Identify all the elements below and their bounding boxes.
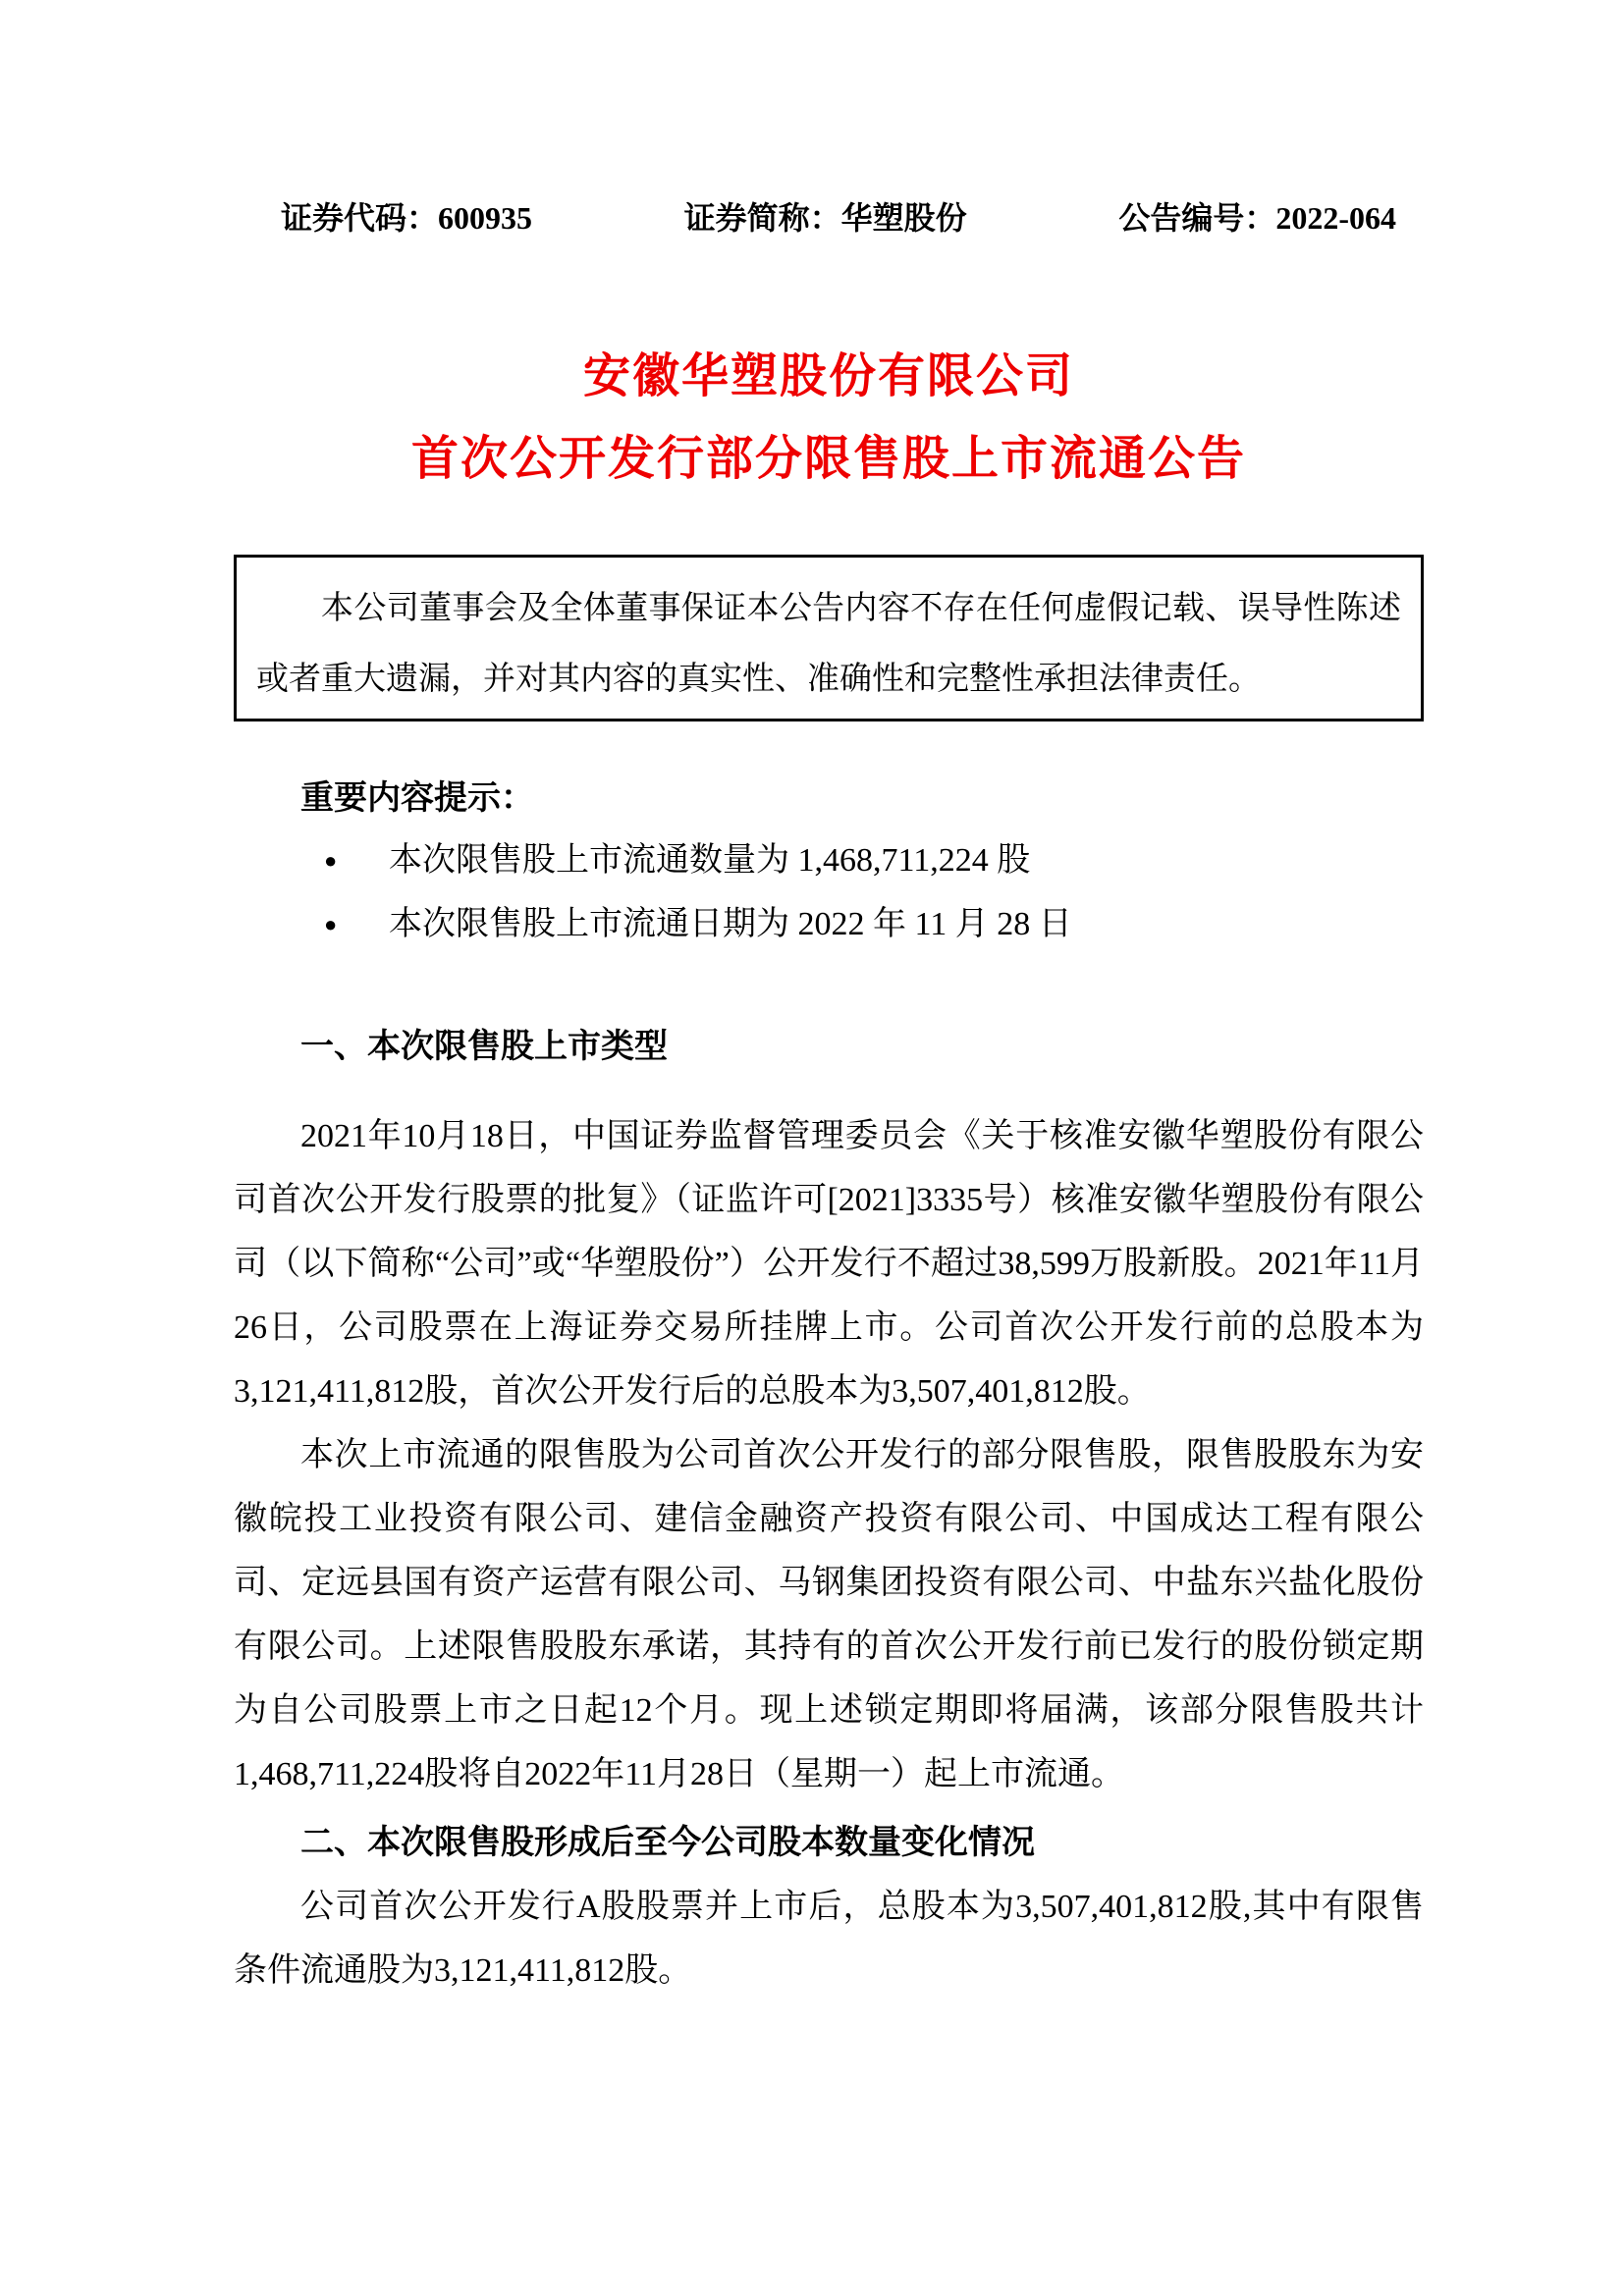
important-tips-list: ● 本次限售股上市流通数量为 1,468,711,224 股 ● 本次限售股上市… [234,828,1424,956]
section-1-paragraph-2: 本次上市流通的限售股为公司首次公开发行的部分限售股，限售股股东为安徽皖投工业投资… [234,1423,1424,1806]
announcement-subject-title: 首次公开发行部分限售股上市流通公告 [234,434,1424,485]
stock-code: 证券代码：600935 [281,199,532,237]
list-item: ● 本次限售股上市流通日期为 2022 年 11 月 28 日 [234,892,1424,956]
tip-shares-quantity: 本次限售股上市流通数量为 1,468,711,224 股 [389,842,1030,879]
bullet-icon: ● [324,828,337,892]
bullet-icon: ● [324,892,337,956]
company-name-title: 安徽华塑股份有限公司 [234,351,1424,402]
section-1-heading: 一、本次限售股上市类型 [234,1015,1424,1079]
section-1-paragraph-1: 2021年10月18日，中国证券监督管理委员会《关于核准安徽华塑股份有限公司首次… [234,1104,1424,1423]
stock-short-name: 证券简称：华塑股份 [684,199,967,237]
announcement-page: 证券代码：600935 证券简称：华塑股份 公告编号：2022-064 安徽华塑… [0,0,1624,2296]
section-2-paragraph-1: 公司首次公开发行A股股票并上市后，总股本为3,507,401,812股,其中有限… [234,1875,1424,2002]
important-tips-heading: 重要内容提示： [234,779,1424,819]
announcement-number: 公告编号：2022-064 [1118,199,1396,237]
board-statement-text: 本公司董事会及全体董事保证本公告内容不存在任何虚假记载、误导性陈述或者重大遗漏，… [256,573,1401,715]
board-statement-box: 本公司董事会及全体董事保证本公告内容不存在任何虚假记载、误导性陈述或者重大遗漏，… [234,555,1424,721]
tip-listing-date: 本次限售股上市流通日期为 2022 年 11 月 28 日 [389,906,1072,942]
list-item: ● 本次限售股上市流通数量为 1,468,711,224 股 [234,828,1424,892]
document-header: 证券代码：600935 证券简称：华塑股份 公告编号：2022-064 [234,199,1424,237]
page-content: 证券代码：600935 证券简称：华塑股份 公告编号：2022-064 安徽华塑… [234,0,1424,2002]
section-2-heading: 二、本次限售股形成后至今公司股本数量变化情况 [234,1811,1424,1875]
